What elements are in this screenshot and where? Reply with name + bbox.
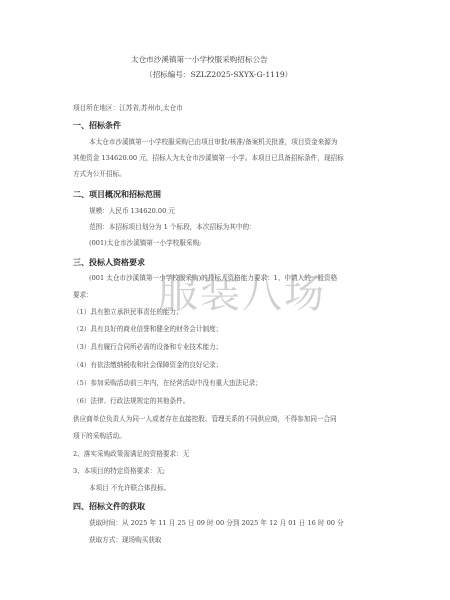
requirement-item: （1）具有独立承担民事责任的能力；	[73, 308, 183, 317]
paragraph-line: 2、落实采购政策需满足的资格要求：无	[73, 450, 189, 459]
requirement-item: （5）参加采购活动前三年内，在经营活动中没有重大违法记录；	[73, 379, 262, 388]
section-heading-4: 四、招标文件的获取	[73, 502, 145, 511]
paragraph-line: 本太仓市沙溪镇第一小学校服采购已由项目审批/核准/备案机关批准，项目资金来源为	[89, 138, 337, 147]
acquisition-method: 获取方式：现场购买获取	[89, 536, 162, 545]
paragraph-line: 本项目 不允许联合体投标。	[89, 484, 170, 493]
paragraph-line: 项下的采购活动。	[73, 432, 126, 441]
requirement-item: （4）有依法缴纳税收和社会保障资金的良好记录；	[73, 361, 222, 370]
paragraph-line: 其他资金 134620.00 元，招标人为太仓市沙溪镇第一小学。本项目已具备招标…	[73, 154, 344, 163]
document-page: 太仓市沙溪镇第一小学校服采购招标公告 （招标编号：SZLZ2025-SXYX-G…	[0, 0, 450, 600]
section-heading-1: 一、招标条件	[73, 121, 121, 130]
requirement-item: （3）具有履行合同所必需的设备和专业技术能力；	[73, 343, 222, 352]
watermark: 服装八场	[158, 262, 326, 319]
paragraph-line: (001 太仓市沙溪镇第一小学校服采购)的投标人资格能力要求：1、申请人的一般资…	[89, 274, 337, 283]
paragraph-line: 规模：人民币 134620.00 元	[89, 207, 175, 216]
paragraph-line: (001)太仓市沙溪镇第一小学校服采购;	[89, 239, 201, 248]
paragraph-line: 要求：	[73, 291, 93, 300]
section-heading-3: 三、投标人资格要求	[73, 258, 145, 267]
project-location: 项目所在地区：江苏省,苏州市,太仓市	[73, 104, 183, 113]
requirement-item: （6）法律、行政法规规定的其他条件。	[73, 397, 189, 406]
section-heading-2: 二、项目概况和招标范围	[73, 190, 161, 199]
requirement-item: （2）具有良好的商业信誉和健全的财务会计制度；	[73, 325, 222, 334]
paragraph-line: 范围：本招标项目划分为 1 个标段，本次招标为其中的：	[89, 223, 256, 232]
document-title: 太仓市沙溪镇第一小学校服采购招标公告	[131, 55, 268, 64]
acquisition-time: 获取时间：从 2025 年 11 月 25 日 09 时 00 分到 2025 …	[89, 519, 344, 528]
paragraph-line: 3、本项目的特定资格要求：无;	[73, 467, 165, 476]
paragraph-line: 供应商单位负责人为同一人或者存在直接控股、管理关系的不同供应商，不得参加同一合同	[73, 415, 337, 424]
tender-number: （招标编号：SZLZ2025-SXYX-G-1119）	[145, 70, 292, 79]
paragraph-line: 方式为公开招标。	[73, 170, 126, 179]
